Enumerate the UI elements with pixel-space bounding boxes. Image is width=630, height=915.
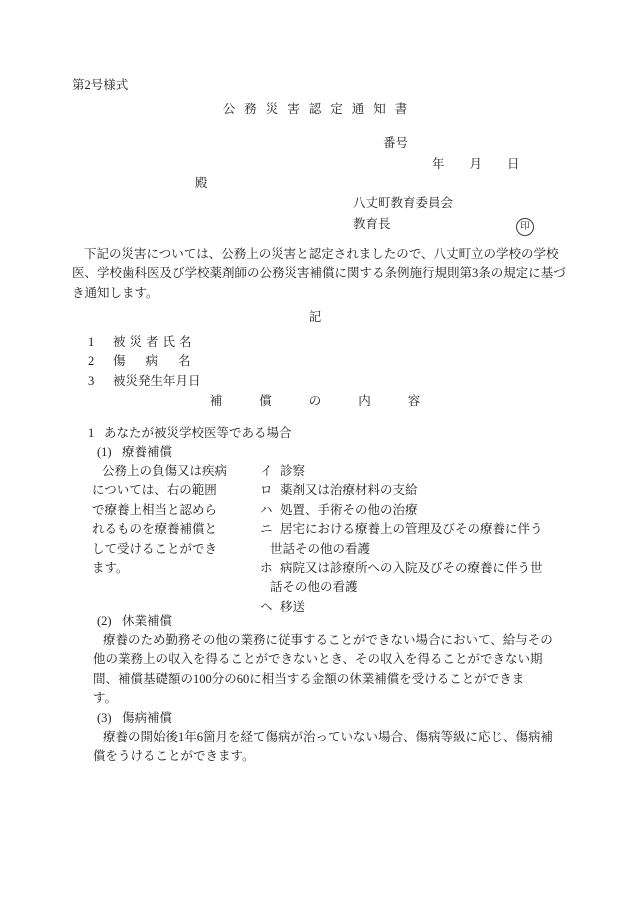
intro-line: 医、学校歯科医及び学校薬剤師の公務災害補償に関する条例施行規則第3条の規定に基づ bbox=[72, 264, 572, 283]
item-marker: ロ bbox=[260, 481, 280, 500]
document-title-text: 公務災害認定通知書 bbox=[223, 102, 417, 116]
sub1-heading: (1)療養補償 bbox=[97, 443, 172, 462]
addressee-honorific: 殿 bbox=[195, 174, 208, 193]
facts-list: 1被災者氏名 2傷病名 3被災発生年月日 bbox=[88, 333, 211, 391]
section-title: あなたが被災学校医等である場合 bbox=[104, 426, 292, 440]
fact-label: 被災者氏名 bbox=[113, 335, 196, 349]
care-item-ni: ニ居宅における療養上の管理及びその療養に伴う bbox=[260, 520, 580, 539]
intro-paragraph: 下記の災害については、公務上の災害と認定されましたので、八丈町立の学校の学校 医… bbox=[72, 245, 572, 303]
left-col-line: ます。 bbox=[92, 559, 262, 578]
paragraph-line: 他の業務上の収入を得ることができないとき、その収入を得ることができない期 bbox=[93, 650, 573, 669]
fact-label: 被災発生年月日 bbox=[113, 374, 201, 388]
sub1-title: 療養補償 bbox=[122, 445, 172, 459]
left-col-line: で療養上相当と認めら bbox=[92, 501, 262, 520]
compensation-heading-text: 補償の内容 bbox=[210, 394, 458, 408]
intro-line: 下記の災害については、公務上の災害と認定されましたので、八丈町立の学校の学校 bbox=[72, 245, 572, 264]
left-col-line: 公務上の負傷又は疾病 bbox=[92, 462, 262, 481]
document-title: 公務災害認定通知書 bbox=[0, 100, 630, 119]
care-item-ho-continued: 話その他の看護 bbox=[260, 578, 580, 597]
fact-number: 3 bbox=[88, 372, 113, 391]
sub2-heading: (2)休業補償 bbox=[97, 612, 172, 631]
fact-number: 2 bbox=[88, 352, 113, 371]
item-marker: ハ bbox=[260, 501, 280, 520]
fact-number: 1 bbox=[88, 333, 113, 352]
left-col-line: については、右の範囲 bbox=[92, 481, 262, 500]
sub3-title: 傷病補償 bbox=[122, 711, 172, 725]
care-item-ha: ハ処置、手術その他の治療 bbox=[260, 501, 580, 520]
date-year-label: 年 bbox=[432, 155, 445, 174]
date-day-label: 日 bbox=[507, 155, 520, 174]
item-text: 診察 bbox=[280, 464, 305, 478]
seal-icon: 印 bbox=[516, 218, 534, 236]
fact-row-injury-name: 2傷病名 bbox=[88, 352, 211, 371]
sub2-marker: (2) bbox=[97, 612, 122, 631]
date-month-label: 月 bbox=[470, 155, 483, 174]
item-marker: ホ bbox=[260, 559, 280, 578]
fact-row-victim-name: 1被災者氏名 bbox=[88, 333, 211, 352]
item-marker: イ bbox=[260, 462, 280, 481]
intro-line: き通知します。 bbox=[72, 284, 572, 303]
paragraph-line: 療養のため勤務その他の業務に従事することができない場合において、給与その bbox=[93, 631, 573, 650]
paragraph-line: 療養の開始後1年6箇月を経て傷病が治っていない場合、傷病等級に応じ、傷病補 bbox=[93, 728, 573, 747]
care-item-i: イ診察 bbox=[260, 462, 580, 481]
sub3-heading: (3)傷病補償 bbox=[97, 709, 172, 728]
paragraph-line: 償をうけることができます。 bbox=[93, 747, 573, 766]
fact-row-disaster-date: 3被災発生年月日 bbox=[88, 372, 211, 391]
date-line: 年 月 日 bbox=[432, 155, 520, 174]
leave-compensation-paragraph: 療養のため勤務その他の業務に従事することができない場合において、給与その 他の業… bbox=[93, 631, 573, 709]
form-number-label: 第2号様式 bbox=[72, 76, 128, 95]
medical-care-description: 公務上の負傷又は疾病 については、右の範囲 で療養上相当と認めら れるものを療養… bbox=[92, 462, 262, 578]
ki-heading: 記 bbox=[0, 308, 630, 327]
sub1-marker: (1) bbox=[97, 443, 122, 462]
seal-character: 印 bbox=[520, 222, 530, 232]
left-col-line: して受けることができ bbox=[92, 540, 262, 559]
left-col-line: れるものを療養補償と bbox=[92, 520, 262, 539]
care-item-ho: ホ病院又は診療所への入院及びその療養に伴う世 bbox=[260, 559, 580, 578]
paragraph-line: 間、補償基礎額の100分の60に相当する金額の休業補償を受けることができま bbox=[93, 670, 573, 689]
number-label: 番号 bbox=[383, 134, 408, 153]
item-marker: ヘ bbox=[260, 598, 280, 617]
sub2-title: 休業補償 bbox=[122, 614, 172, 628]
care-item-ni-continued: 世話その他の看護 bbox=[260, 540, 580, 559]
paragraph-line: す。 bbox=[93, 689, 573, 708]
sub3-marker: (3) bbox=[97, 709, 122, 728]
injury-compensation-paragraph: 療養の開始後1年6箇月を経て傷病が治っていない場合、傷病等級に応じ、傷病補 償を… bbox=[93, 728, 573, 767]
document-page: 第2号様式 公務災害認定通知書 番号 年 月 日 殿 八丈町教育委員会 教育長 … bbox=[0, 0, 630, 915]
care-item-he: ヘ移送 bbox=[260, 598, 580, 617]
item-text: 病院又は診療所への入院及びその療養に伴う世 bbox=[280, 561, 543, 575]
section-1-heading: 1あなたが被災学校医等である場合 bbox=[88, 424, 292, 443]
section-number: 1 bbox=[88, 424, 104, 443]
fact-label: 傷病名 bbox=[113, 354, 211, 368]
medical-care-item-list: イ診察 ロ薬剤又は治療材料の支給 ハ処置、手術その他の治療 ニ居宅における療養上… bbox=[260, 462, 580, 617]
item-text: 薬剤又は治療材料の支給 bbox=[280, 483, 418, 497]
issuer-title: 教育長 bbox=[353, 215, 391, 234]
care-item-ro: ロ薬剤又は治療材料の支給 bbox=[260, 481, 580, 500]
item-text: 移送 bbox=[280, 600, 305, 614]
item-text: 処置、手術その他の治療 bbox=[280, 503, 418, 517]
compensation-heading: 補償の内容 bbox=[0, 392, 630, 411]
item-text: 居宅における療養上の管理及びその療養に伴う bbox=[280, 522, 543, 536]
issuer-organization: 八丈町教育委員会 bbox=[353, 194, 453, 213]
item-marker: ニ bbox=[260, 520, 280, 539]
